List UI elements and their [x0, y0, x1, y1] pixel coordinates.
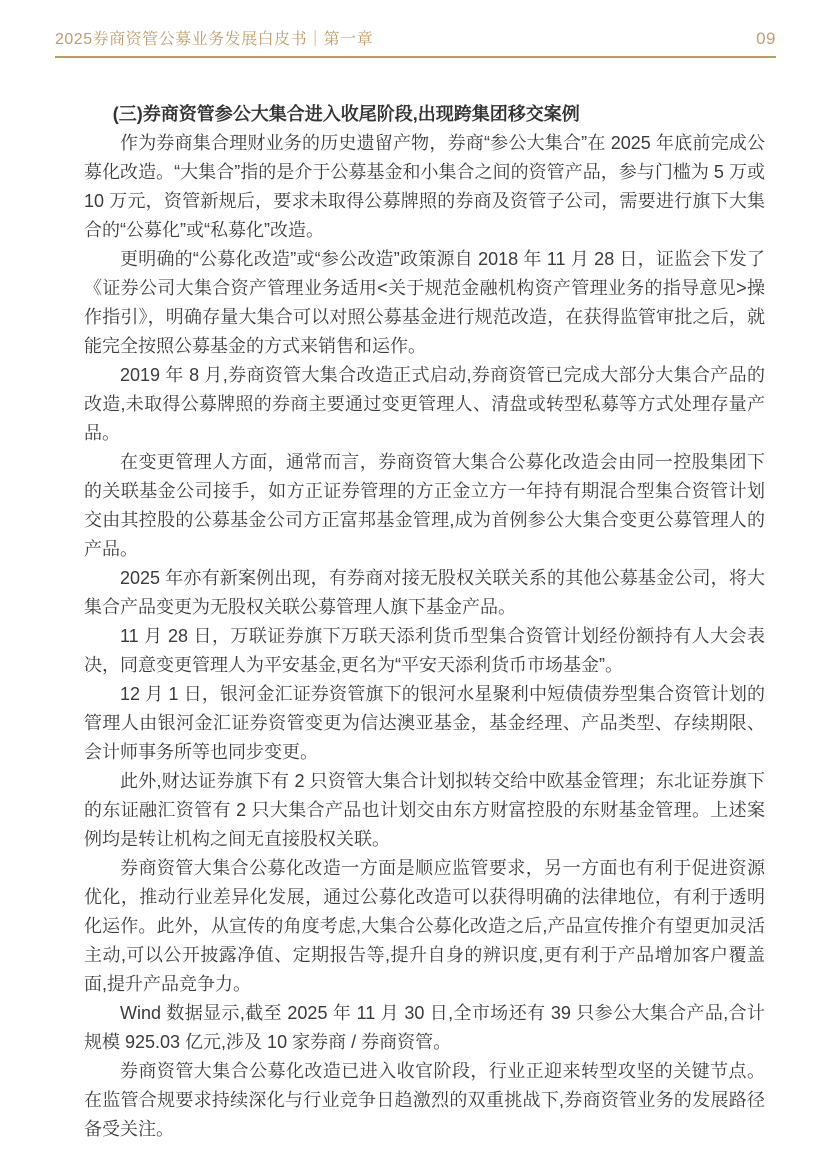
section-heading: (三)券商资管参公大集合进入收尾阶段,出现跨集团移交案例: [84, 100, 765, 129]
paragraph: 2019 年 8 月,券商资管大集合改造正式启动,券商资管已完成大部分大集合产品…: [84, 361, 765, 448]
paragraph: 作为券商集合理财业务的历史遗留产物，券商“参公大集合”在 2025 年底前完成公…: [84, 129, 765, 245]
header-divider-line: [55, 56, 776, 58]
page-number: 09: [756, 29, 776, 49]
running-header-title: 2025券商资管公募业务发展白皮书｜第一章: [55, 26, 373, 49]
paragraph: 券商资管大集合公募化改造一方面是顺应监管要求，另一方面也有利于促进资源优化，推动…: [84, 854, 765, 999]
paragraph: 更明确的“公募化改造”或“参公改造”政策源自 2018 年 11 月 28 日，…: [84, 245, 765, 361]
paragraph: 2025 年亦有新案例出现，有券商对接无股权关联关系的其他公募基金公司，将大集合…: [84, 564, 765, 622]
paragraph: Wind 数据显示,截至 2025 年 11 月 30 日,全市场还有 39 只…: [84, 999, 765, 1057]
paragraph: 12 月 1 日，银河金汇证券资管旗下的银河水星聚利中短债债券型集合资管计划的管…: [84, 680, 765, 767]
document-page: 2025券商资管公募业务发展白皮书｜第一章 09 (三)券商资管参公大集合进入收…: [0, 0, 831, 1160]
paragraph: 券商资管大集合公募化改造已进入收官阶段，行业正迎来转型攻坚的关键节点。在监管合规…: [84, 1057, 765, 1144]
paragraph: 在变更管理人方面，通常而言，券商资管大集合公募化改造会由同一控股集团下的关联基金…: [84, 448, 765, 564]
page-header: 2025券商资管公募业务发展白皮书｜第一章 09: [55, 26, 776, 49]
paragraph: 11 月 28 日，万联证券旗下万联天添利货币型集合资管计划经份额持有人大会表决…: [84, 622, 765, 680]
document-body: (三)券商资管参公大集合进入收尾阶段,出现跨集团移交案例 作为券商集合理财业务的…: [84, 100, 765, 1144]
paragraph: 此外,财达证券旗下有 2 只资管大集合计划拟转交给中欧基金管理；东北证券旗下的东…: [84, 767, 765, 854]
